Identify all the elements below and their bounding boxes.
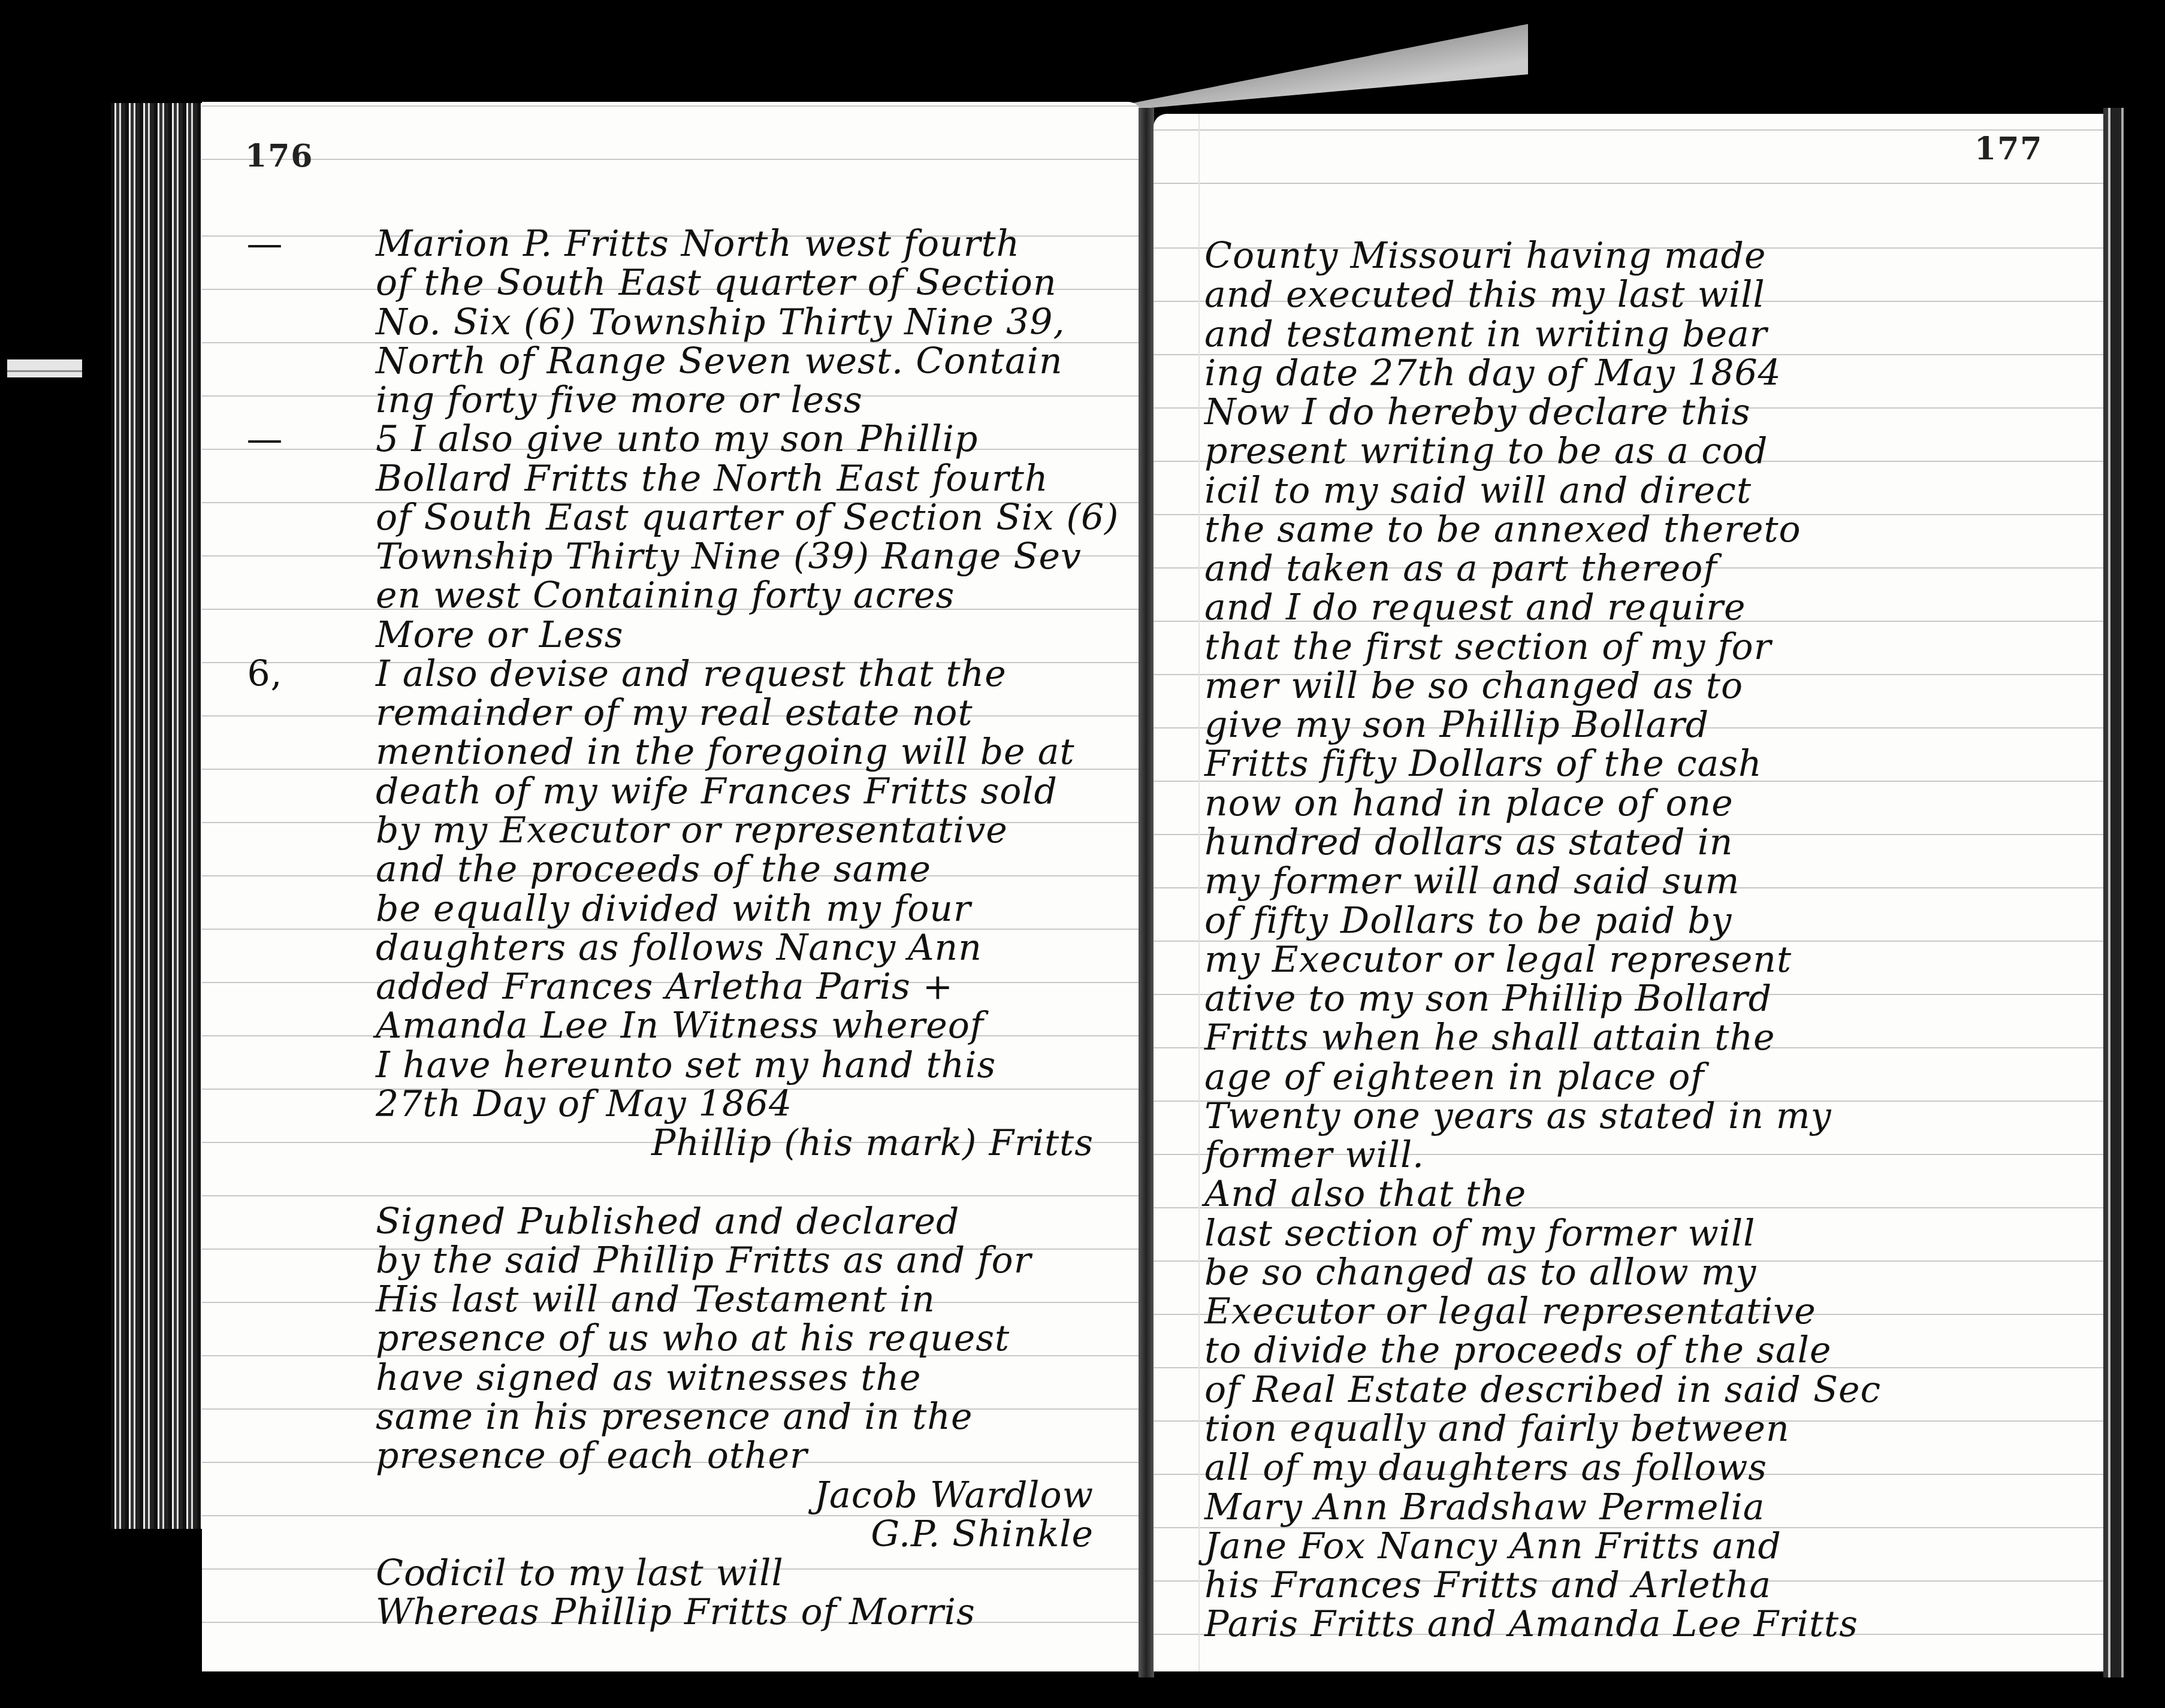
- line-text: of fifty Dollars to be paid by: [1204, 902, 1732, 941]
- left-page: 176 —Marion P. Fritts North west fourtho…: [202, 102, 1142, 1671]
- handwritten-line: More or Less: [202, 616, 1142, 655]
- line-text: that the first section of my for: [1204, 628, 1771, 667]
- handwritten-line: 6,I also devise and request that the: [202, 655, 1142, 694]
- handwritten-line: death of my wife Frances Fritts sold: [202, 772, 1142, 811]
- line-text: mer will be so changed as to: [1204, 667, 1743, 706]
- line-text: and testament in writing bear: [1204, 315, 1767, 354]
- line-text: of Real Estate described in said Sec: [1204, 1371, 1881, 1410]
- handwritten-line: of fifty Dollars to be paid by: [1154, 902, 2103, 941]
- line-text: Amanda Lee In Witness whereof: [376, 1006, 984, 1045]
- handwritten-line: and taken as a part thereof: [1154, 549, 2103, 588]
- line-text: No. Six (6) Township Thirty Nine 39,: [376, 303, 1065, 342]
- line-text: ative to my son Phillip Bollard: [1204, 980, 1772, 1018]
- handwritten-line: [202, 1163, 1142, 1202]
- handwritten-line: mentioned in the foregoing will be at: [202, 733, 1142, 772]
- line-text: County Missouri having made: [1204, 237, 1767, 276]
- line-text: former will.: [1204, 1136, 1424, 1175]
- handwritten-line: be equally divided with my four: [202, 890, 1142, 929]
- book-binding-edge: [2103, 108, 2165, 1708]
- handwritten-line: —5 I also give unto my son Phillip: [202, 420, 1142, 459]
- handwritten-line: presence of each other: [202, 1437, 1142, 1476]
- handwritten-line: have signed as witnesses the: [202, 1359, 1142, 1398]
- signature: Phillip (his mark) Fritts: [651, 1124, 1094, 1163]
- line-text: his Frances Fritts and Arletha: [1204, 1566, 1771, 1605]
- line-text: Now I do hereby declare this: [1204, 393, 1751, 432]
- line-text: the same to be annexed thereto: [1204, 510, 1801, 549]
- handwritten-line: all of my daughters as follows: [1154, 1449, 2103, 1488]
- handwritten-line: His last will and Testament in: [202, 1280, 1142, 1319]
- handwritten-line: my Executor or legal represent: [1154, 941, 2103, 980]
- handwritten-line: 27th Day of May 1864: [202, 1085, 1142, 1124]
- line-text: I also devise and request that the: [376, 655, 1007, 694]
- handwritten-line: Executor or legal representative: [1154, 1292, 2103, 1331]
- line-text: age of eighteen in place of: [1204, 1058, 1705, 1097]
- handwritten-line: ing forty five more or less: [202, 381, 1142, 420]
- handwritten-line: to divide the proceeds of the sale: [1154, 1331, 2103, 1370]
- handwritten-line: of South East quarter of Section Six (6): [202, 498, 1142, 537]
- handwritten-line: that the first section of my for: [1154, 628, 2103, 667]
- line-text: Whereas Phillip Fritts of Morris: [376, 1593, 976, 1632]
- handwritten-line: No. Six (6) Township Thirty Nine 39,: [202, 303, 1142, 342]
- handwritten-line: County Missouri having made: [1154, 237, 2103, 276]
- line-text: now on hand in place of one: [1204, 784, 1734, 823]
- line-text: presence of each other: [376, 1437, 808, 1476]
- handwritten-line: —Marion P. Fritts North west fourth: [202, 225, 1142, 264]
- line-text: ing date 27th day of May 1864: [1204, 354, 1781, 393]
- line-text: my former will and said sum: [1204, 862, 1740, 901]
- line-text: Paris Fritts and Amanda Lee Fritts: [1204, 1605, 1858, 1644]
- handwritten-line: Phillip (his mark) Fritts: [202, 1124, 1142, 1163]
- handwritten-line: ative to my son Phillip Bollard: [1154, 980, 2103, 1018]
- handwritten-line: mer will be so changed as to: [1154, 667, 2103, 706]
- line-text: Executor or legal representative: [1204, 1292, 1816, 1331]
- handwritten-line: age of eighteen in place of: [1154, 1058, 2103, 1097]
- line-text: present writing to be as a cod: [1204, 432, 1768, 471]
- handwritten-line: my former will and said sum: [1154, 862, 2103, 901]
- line-marker: —: [226, 420, 304, 459]
- handwritten-line: icil to my said will and direct: [1154, 471, 2103, 510]
- line-text: Codicil to my last will: [376, 1554, 784, 1593]
- line-text: be so changed as to allow my: [1204, 1253, 1756, 1292]
- handwritten-line: by the said Phillip Fritts as and for: [202, 1241, 1142, 1280]
- book-spine: [1139, 108, 1154, 1677]
- line-marker: —: [226, 225, 304, 264]
- line-text: Fritts fifty Dollars of the cash: [1204, 745, 1762, 784]
- handwritten-line: Fritts fifty Dollars of the cash: [1154, 745, 2103, 784]
- handwritten-line: en west Containing forty acres: [202, 576, 1142, 615]
- line-text: icil to my said will and direct: [1204, 471, 1752, 510]
- line-text: my Executor or legal represent: [1204, 941, 1792, 980]
- handwritten-line: give my son Phillip Bollard: [1154, 706, 2103, 745]
- handwritten-line: Paris Fritts and Amanda Lee Fritts: [1154, 1605, 2103, 1644]
- handwritten-line: last section of my former will: [1154, 1214, 2103, 1253]
- line-text: daughters as follows Nancy Ann: [376, 929, 982, 968]
- handwritten-line: the same to be annexed thereto: [1154, 510, 2103, 549]
- handwritten-line: presence of us who at his request: [202, 1319, 1142, 1358]
- left-page-text: —Marion P. Fritts North west fourthof th…: [202, 225, 1142, 1633]
- handwritten-line: Whereas Phillip Fritts of Morris: [202, 1593, 1142, 1632]
- handwritten-line: Fritts when he shall attain the: [1154, 1018, 2103, 1057]
- line-text: Marion P. Fritts North west fourth: [376, 225, 1020, 264]
- scan-border: [0, 1677, 2165, 1708]
- line-text: to divide the proceeds of the sale: [1204, 1331, 1831, 1370]
- handwritten-line: and I do request and require: [1154, 588, 2103, 627]
- line-text: hundred dollars as stated in: [1204, 823, 1733, 862]
- handwritten-line: now on hand in place of one: [1154, 784, 2103, 823]
- handwritten-line: daughters as follows Nancy Ann: [202, 929, 1142, 968]
- line-text: Mary Ann Bradshaw Permelia: [1204, 1488, 1765, 1527]
- handwritten-line: North of Range Seven west. Contain: [202, 342, 1142, 381]
- scanned-ledger: 176 —Marion P. Fritts North west fourtho…: [0, 0, 2165, 1708]
- line-text: by my Executor or representative: [376, 811, 1008, 850]
- handwritten-line: ing date 27th day of May 1864: [1154, 354, 2103, 393]
- line-text: Bollard Fritts the North East fourth: [376, 460, 1049, 498]
- line-text: same in his presence and in the: [376, 1398, 973, 1437]
- handwritten-line: his Frances Fritts and Arletha: [1154, 1566, 2103, 1605]
- handwritten-line: And also that the: [1154, 1175, 2103, 1214]
- signature: Jacob Wardlow: [814, 1476, 1094, 1515]
- line-text: remainder of my real estate not: [376, 694, 973, 733]
- signature: G.P. Shinkle: [871, 1515, 1094, 1554]
- right-page: 177 County Missouri having madeand execu…: [1154, 114, 2103, 1671]
- line-text: have signed as witnesses the: [376, 1359, 922, 1398]
- line-text: Fritts when he shall attain the: [1204, 1018, 1776, 1057]
- line-text: 5 I also give unto my son Phillip: [376, 420, 978, 459]
- line-text: give my son Phillip Bollard: [1204, 706, 1709, 745]
- line-text: I have hereunto set my hand this: [376, 1046, 996, 1085]
- line-text: death of my wife Frances Fritts sold: [376, 772, 1058, 811]
- line-text: of South East quarter of Section Six (6): [376, 498, 1119, 537]
- line-text: and I do request and require: [1204, 588, 1746, 627]
- line-marker: 6,: [226, 655, 304, 694]
- handwritten-line: tion equally and fairly between: [1154, 1410, 2103, 1449]
- handwritten-line: I have hereunto set my hand this: [202, 1046, 1142, 1085]
- handwritten-line: of the South East quarter of Section: [202, 264, 1142, 303]
- line-text: Signed Published and declared: [376, 1202, 960, 1241]
- line-text: 27th Day of May 1864: [376, 1085, 792, 1124]
- line-text: tion equally and fairly between: [1204, 1410, 1790, 1449]
- handwritten-line: present writing to be as a cod: [1154, 432, 2103, 471]
- line-text: all of my daughters as follows: [1204, 1449, 1767, 1488]
- line-text: His last will and Testament in: [376, 1280, 935, 1319]
- handwritten-line: by my Executor or representative: [202, 811, 1142, 850]
- handwritten-line: Codicil to my last will: [202, 1554, 1142, 1593]
- line-text: Twenty one years as stated in my: [1204, 1097, 1832, 1136]
- line-text: presence of us who at his request: [376, 1319, 1010, 1358]
- line-text: last section of my former will: [1204, 1214, 1755, 1253]
- handwritten-line: Jane Fox Nancy Ann Fritts and: [1154, 1527, 2103, 1566]
- line-text: And also that the: [1204, 1175, 1526, 1214]
- page-stack-edge: [111, 103, 202, 1529]
- line-text: Township Thirty Nine (39) Range Sev: [376, 537, 1082, 576]
- line-text: and taken as a part thereof: [1204, 549, 1717, 588]
- handwritten-line: and executed this my last will: [1154, 276, 2103, 315]
- handwritten-line: Amanda Lee In Witness whereof: [202, 1006, 1142, 1045]
- handwritten-line: remainder of my real estate not: [202, 694, 1142, 733]
- handwritten-line: of Real Estate described in said Sec: [1154, 1371, 2103, 1410]
- handwritten-line: G.P. Shinkle: [202, 1515, 1142, 1554]
- handwritten-line: hundred dollars as stated in: [1154, 823, 2103, 862]
- line-text: of the South East quarter of Section: [376, 264, 1057, 303]
- page-number-right: 177: [1974, 131, 2043, 167]
- line-text: and executed this my last will: [1204, 276, 1765, 315]
- line-text: North of Range Seven west. Contain: [376, 342, 1063, 381]
- handwritten-line: same in his presence and in the: [202, 1398, 1142, 1437]
- page-number-left: 176: [245, 138, 314, 174]
- line-text: mentioned in the foregoing will be at: [376, 733, 1075, 772]
- right-page-text: County Missouri having madeand executed …: [1154, 237, 2103, 1644]
- line-text: be equally divided with my four: [376, 890, 971, 929]
- handwritten-line: Mary Ann Bradshaw Permelia: [1154, 1488, 2103, 1527]
- handwritten-line: Signed Published and declared: [202, 1202, 1142, 1241]
- handwritten-line: and testament in writing bear: [1154, 315, 2103, 354]
- line-text: ing forty five more or less: [376, 381, 863, 420]
- handwritten-line: added Frances Arletha Paris +: [202, 968, 1142, 1006]
- handwritten-line: Now I do hereby declare this: [1154, 393, 2103, 432]
- line-text: and the proceeds of the same: [376, 850, 931, 889]
- torn-page-corner: [1109, 24, 1528, 108]
- handwritten-line: Bollard Fritts the North East fourth: [202, 460, 1142, 498]
- handwritten-line: be so changed as to allow my: [1154, 1253, 2103, 1292]
- line-text: More or Less: [376, 616, 624, 655]
- handwritten-line: former will.: [1154, 1136, 2103, 1175]
- line-text: added Frances Arletha Paris +: [376, 968, 953, 1006]
- line-text: en west Containing forty acres: [376, 576, 955, 615]
- handwritten-line: Jacob Wardlow: [202, 1476, 1142, 1515]
- handwritten-line: Township Thirty Nine (39) Range Sev: [202, 537, 1142, 576]
- line-text: Jane Fox Nancy Ann Fritts and: [1204, 1527, 1781, 1566]
- handwritten-line: Twenty one years as stated in my: [1154, 1097, 2103, 1136]
- handwritten-line: and the proceeds of the same: [202, 850, 1142, 889]
- line-text: by the said Phillip Fritts as and for: [376, 1241, 1031, 1280]
- paper-scrap: [7, 359, 82, 377]
